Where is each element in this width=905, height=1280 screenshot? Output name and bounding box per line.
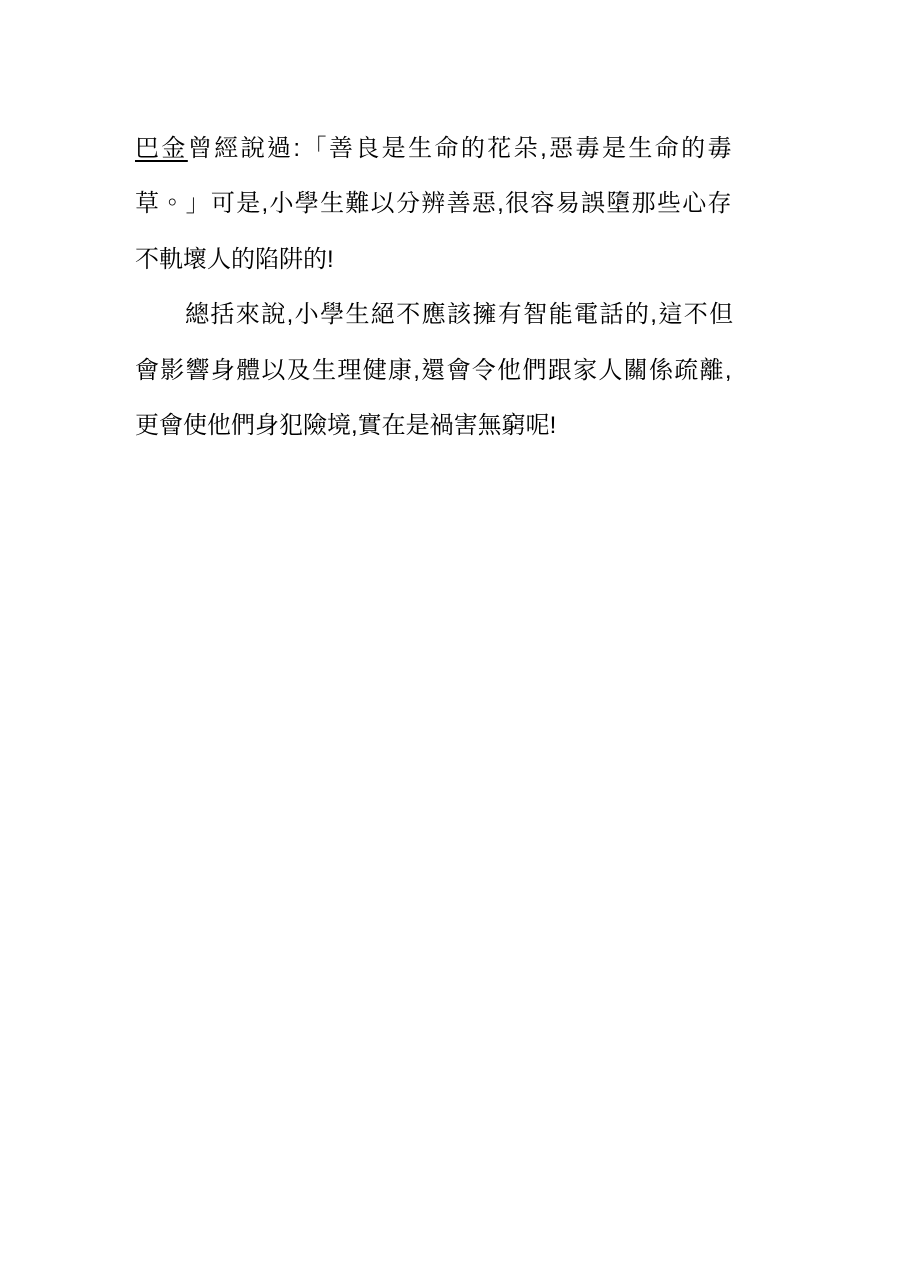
- text-line-1-rest: 曾經說過:「善良是生命的花朵,惡毒是生命的毒: [188, 135, 734, 162]
- text-line-5: 會影響身體以及生理健康,還會令他們跟家人關係疏離,: [135, 343, 777, 398]
- document-text-block: 巴金曾經說過:「善良是生命的花朵,惡毒是生命的毒 草。」可是,小學生難以分辨善惡…: [135, 121, 777, 453]
- text-line-2: 草。」可是,小學生難以分辨善惡,很容易誤墮那些心存: [135, 176, 777, 231]
- text-line-6: 更會使他們身犯險境,實在是禍害無窮呢!: [135, 398, 777, 453]
- text-line-1: 巴金曾經說過:「善良是生命的花朵,惡毒是生命的毒: [135, 121, 777, 176]
- document-page: 巴金曾經說過:「善良是生命的花朵,惡毒是生命的毒 草。」可是,小學生難以分辨善惡…: [0, 0, 905, 1280]
- underlined-name: 巴金: [135, 135, 188, 162]
- text-line-4: 總括來說,小學生絕不應該擁有智能電話的,這不但: [135, 287, 777, 342]
- text-line-3: 不軌壞人的陷阱的!: [135, 232, 777, 287]
